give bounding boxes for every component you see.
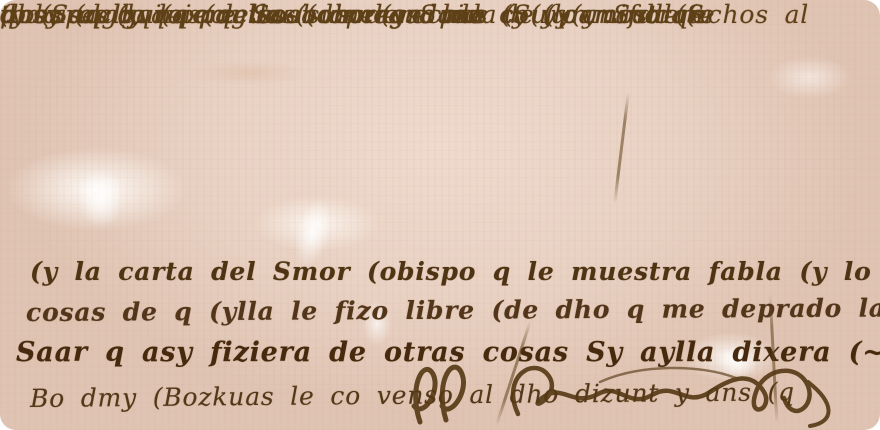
manuscript-page: (y la carta del Smor (obispo q le muestr… (0, 0, 880, 430)
manuscript-line: (y la carta del Smor (obispo q le muestr… (30, 257, 880, 286)
paper-stain (190, 60, 310, 86)
ink-descender-stroke (613, 92, 630, 204)
manuscript-line: cosas de q (ylla le fizo libre (de dho q… (26, 293, 880, 327)
signature-flourish-icon (400, 352, 872, 430)
manuscript-line: (y (as algunas dellas (0, 0, 296, 29)
paper-stain (78, 168, 124, 228)
